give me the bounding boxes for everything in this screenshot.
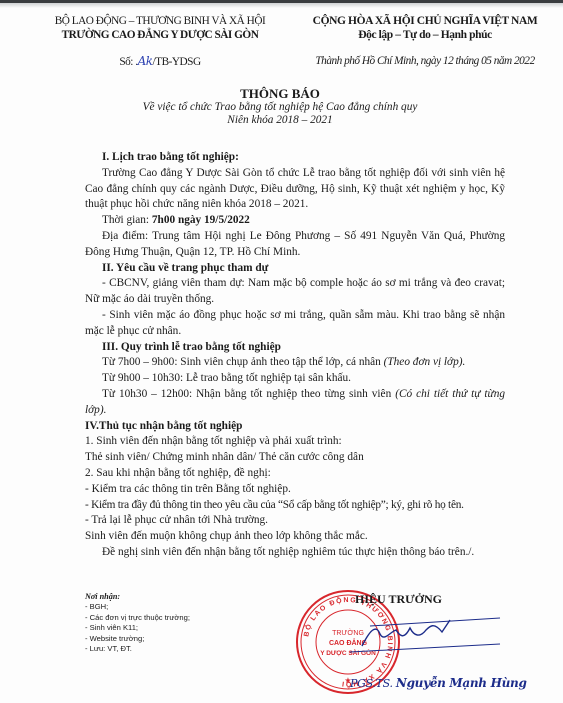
document-title-block: THÔNG BÁO Về việc tổ chức Trao bằng tốt … [60, 87, 500, 127]
school-name: TRƯỜNG CAO ĐẲNG Y DƯỢC SÀI GÒN [40, 28, 280, 42]
signer-full-name: Nguyễn Mạnh Hùng [396, 676, 527, 690]
procedure-item-2: 2. Sau khi nhận bằng tốt nghiệp, đề nghị… [85, 466, 505, 482]
recipients-list: Nơi nhận: - BGH; - Các đơn vị trực thuộc… [85, 592, 285, 654]
step-1-note: (Theo đơn vị lớp). [384, 356, 466, 368]
document-subtitle: Về việc tổ chức Trao bằng tốt nghiệp hệ … [60, 101, 500, 114]
national-motto: Độc lập – Tự do – Hạnh phúc [295, 28, 555, 42]
ministry-name: BỘ LAO ĐỘNG – THƯƠNG BINH VÀ XÃ HỘI [40, 14, 280, 28]
procedure-item-1: 1. Sinh viên đến nhận bằng tốt nghiệp và… [85, 434, 505, 450]
dress-code-students: - Sinh viên mặc áo đồng phục hoặc sơ mi … [85, 308, 505, 340]
recipient-item: - Sinh viên K11; [85, 623, 285, 633]
time-value: 7h00 ngày 19/5/2022 [152, 214, 250, 226]
document-page: BỘ LAO ĐỘNG – THƯƠNG BINH VÀ XÃ HỘI TRƯỜ… [0, 0, 563, 703]
recipient-item: - Website trường; [85, 634, 285, 644]
procedure-bullet-1: - Kiểm tra các thông tin trên Bằng tốt n… [85, 482, 505, 498]
recipient-item: - Lưu: VT, ĐT. [85, 644, 285, 654]
handwritten-signature-icon [350, 612, 510, 662]
place-date: Thành phố Hồ Chí Minh, ngày 12 tháng 05 … [295, 54, 555, 68]
section-1-paragraph: Trường Cao đẳng Y Dược Sài Gòn tổ chức L… [85, 166, 505, 213]
time-label: Thời gian: [102, 214, 152, 226]
recipients-title: Nơi nhận: [85, 592, 285, 602]
number-prefix: Số: . [119, 56, 137, 68]
schedule-step-2: Từ 9h00 – 10h30: Lễ trao bằng tốt nghiệp… [85, 371, 505, 387]
section-1-heading: I. Lịch trao bằng tốt nghiệp: [85, 150, 505, 166]
required-documents: Thẻ sinh viên/ Chứng minh nhân dân/ Thẻ … [85, 450, 505, 466]
schedule-step-3: Từ 10h30 – 12h00: Nhận bằng tốt nghiệp t… [85, 387, 505, 419]
late-arrival-note: Sinh viên đến muộn không chụp ảnh theo l… [85, 529, 505, 545]
recipient-item: - Các đơn vị trực thuộc trường; [85, 613, 285, 623]
document-body: I. Lịch trao bằng tốt nghiệp: Trường Cao… [85, 150, 505, 561]
country-name: CỘNG HÒA XÃ HỘI CHỦ NGHĨA VIỆT NAM [295, 14, 555, 28]
section-4-heading: IV.Thủ tục nhận bằng tốt nghiệp [85, 419, 505, 435]
document-number: Số: .Ak/TB-YDSG [40, 54, 280, 69]
step-1-text: Từ 7h00 – 9h00: Sinh viên chụp ảnh theo … [102, 356, 384, 368]
academic-year: Niên khóa 2018 – 2021 [60, 114, 500, 127]
dress-code-staff: - CBCNV, giảng viên tham dự: Nam mặc bộ … [85, 276, 505, 308]
document-title: THÔNG BÁO [60, 87, 500, 100]
recipient-item: - BGH; [85, 602, 285, 612]
header-left: BỘ LAO ĐỘNG – THƯƠNG BINH VÀ XÃ HỘI TRƯỜ… [40, 14, 280, 69]
step-3-text: Từ 10h30 – 12h00: Nhận bằng tốt nghiệp t… [102, 388, 395, 400]
signer-title: PGS.TS. [350, 677, 396, 690]
ceremony-location: Địa điểm: Trung tâm Hội nghị Le Đông Phư… [85, 229, 505, 261]
section-2-heading: II. Yêu cầu về trang phục tham dự [85, 261, 505, 277]
header-right: CỘNG HÒA XÃ HỘI CHỦ NGHĨA VIỆT NAM Độc l… [295, 14, 555, 68]
procedure-bullet-3: - Trả lại lễ phục cử nhân tới Nhà trường… [85, 513, 505, 529]
ceremony-time: Thời gian: 7h00 ngày 19/5/2022 [85, 213, 505, 229]
section-3-heading: III. Quy trình lễ trao bằng tốt nghiệp [85, 340, 505, 356]
closing-request: Đề nghị sinh viên đến nhận bằng tốt nghi… [85, 545, 505, 561]
schedule-step-1: Từ 7h00 – 9h00: Sinh viên chụp ảnh theo … [85, 355, 505, 371]
signer-name: PGS.TS. Nguyễn Mạnh Hùng [350, 676, 527, 690]
signatory-position: HIỆU TRƯỞNG [355, 592, 442, 607]
number-handwritten: Ak [138, 54, 153, 68]
number-suffix: /TB-YDSG [153, 56, 201, 68]
procedure-bullet-2: - Kiểm tra đầy đủ thông tin theo yêu cầu… [85, 498, 505, 514]
